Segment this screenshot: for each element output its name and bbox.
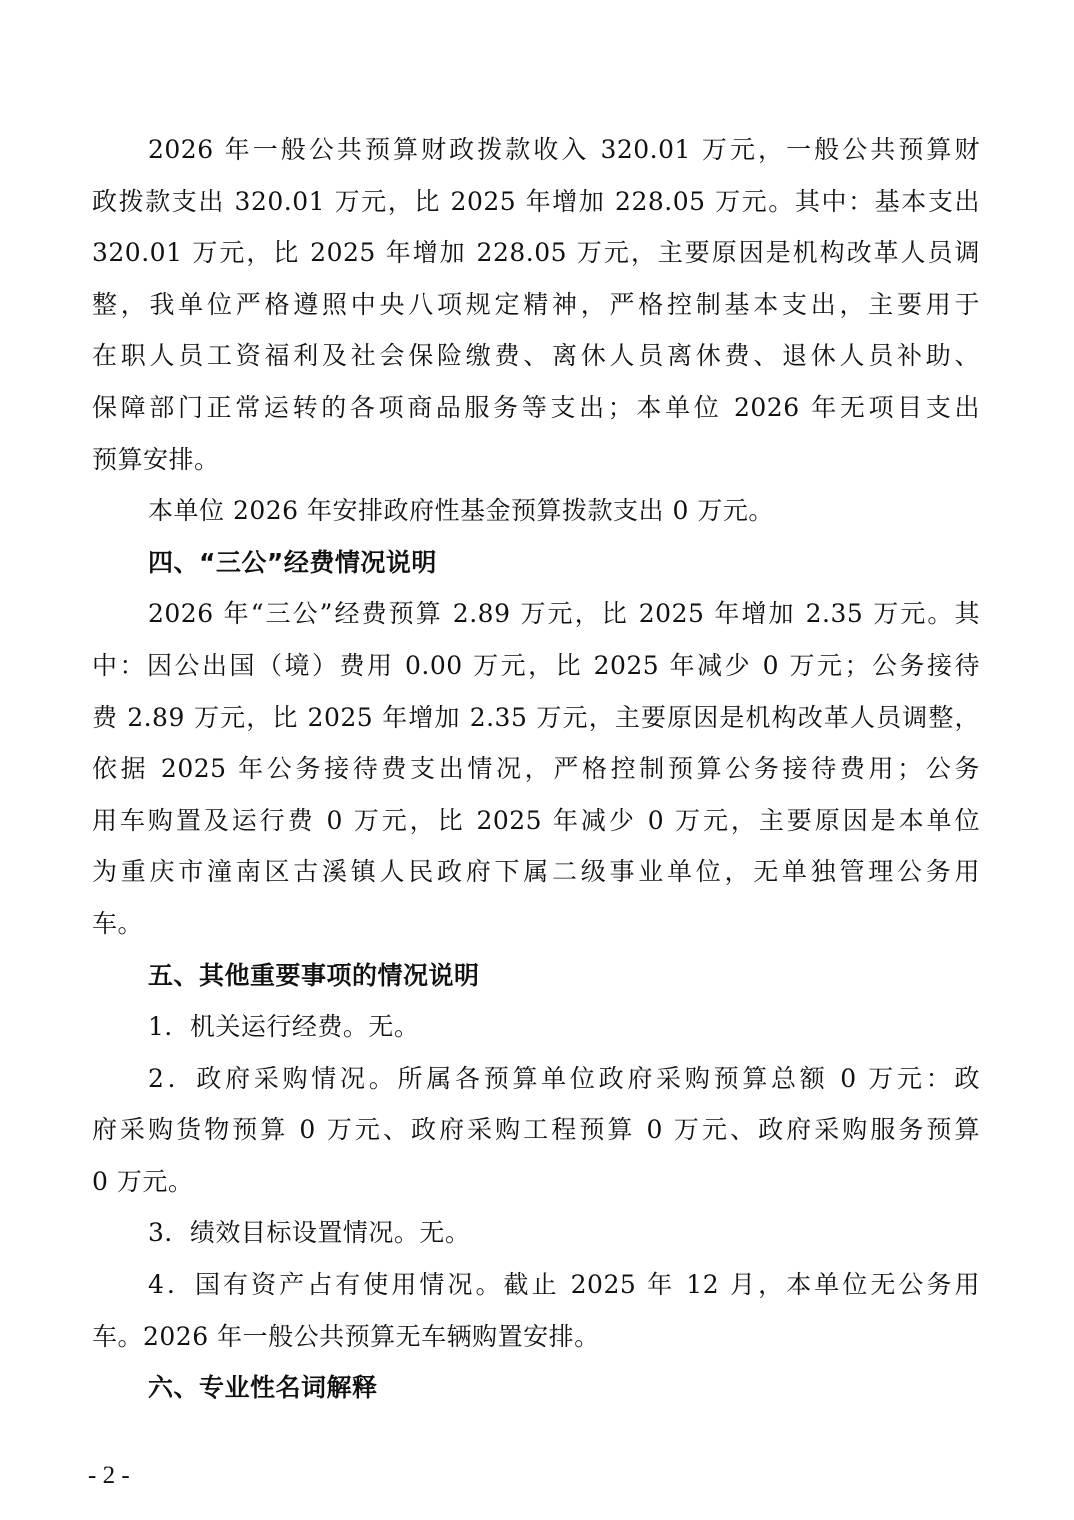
text-line: 中：因公出国（境）费用 0.00 万元，比 2025 年减少 0 万元；公务接待 xyxy=(92,640,980,692)
text-line: 车。2026 年一般公共预算无车辆购置安排。 xyxy=(92,1311,980,1363)
text-line: 预算安排。 xyxy=(92,434,980,486)
text-line: 用车购置及运行费 0 万元，比 2025 年减少 0 万元，主要原因是本单位 xyxy=(92,795,980,847)
paragraph-budget-summary: 2026 年一般公共预算财政拨款收入 320.01 万元，一般公共预算财 政拨款… xyxy=(92,124,980,485)
text-line: 府采购货物预算 0 万元、政府采购工程预算 0 万元、政府采购服务预算 xyxy=(92,1104,980,1156)
text-line: 车。 xyxy=(92,898,980,950)
page-number: - 2 - xyxy=(88,1462,130,1490)
text-line: 0 万元。 xyxy=(92,1156,980,1208)
item-government-procurement: 2．政府采购情况。所属各预算单位政府采购预算总额 0 万元：政 府采购货物预算 … xyxy=(92,1053,980,1208)
text-line: 保障部门正常运转的各项商品服务等支出；本单位 2026 年无项目支出 xyxy=(92,382,980,434)
text-line: 2026 年“三公”经费预算 2.89 万元，比 2025 年增加 2.35 万… xyxy=(92,588,980,640)
document-page: 2026 年一般公共预算财政拨款收入 320.01 万元，一般公共预算财 政拨款… xyxy=(92,124,980,1414)
text-line: 政拨款支出 320.01 万元，比 2025 年增加 228.05 万元。其中：… xyxy=(92,176,980,228)
section-heading-three-public-expenses: 四、“三公”经费情况说明 xyxy=(92,537,980,589)
item-operating-expenses: 1．机关运行经费。无。 xyxy=(92,1001,980,1053)
text-line: 320.01 万元，比 2025 年增加 228.05 万元，主要原因是机构改革… xyxy=(92,227,980,279)
text-line: 本单位 2026 年安排政府性基金预算拨款支出 0 万元。 xyxy=(92,485,980,537)
text-line: 2．政府采购情况。所属各预算单位政府采购预算总额 0 万元：政 xyxy=(92,1053,980,1105)
section-heading-other-matters: 五、其他重要事项的情况说明 xyxy=(92,950,980,1002)
text-line: 费 2.89 万元，比 2025 年增加 2.35 万元，主要原因是机构改革人员… xyxy=(92,692,980,744)
item-performance-targets: 3．绩效目标设置情况。无。 xyxy=(92,1207,980,1259)
text-line: 整，我单位严格遵照中央八项规定精神，严格控制基本支出，主要用于 xyxy=(92,279,980,331)
text-line: 在职人员工资福利及社会保险缴费、离休人员离休费、退休人员补助、 xyxy=(92,330,980,382)
section-heading-terminology: 六、专业性名词解释 xyxy=(92,1362,980,1414)
item-state-assets: 4．国有资产占有使用情况。截止 2025 年 12 月，本单位无公务用 车。20… xyxy=(92,1259,980,1362)
text-line: 依据 2025 年公务接待费支出情况，严格控制预算公务接待费用；公务 xyxy=(92,743,980,795)
paragraph-government-fund: 本单位 2026 年安排政府性基金预算拨款支出 0 万元。 xyxy=(92,485,980,537)
text-line: 2026 年一般公共预算财政拨款收入 320.01 万元，一般公共预算财 xyxy=(92,124,980,176)
text-line: 4．国有资产占有使用情况。截止 2025 年 12 月，本单位无公务用 xyxy=(92,1259,980,1311)
text-line: 为重庆市潼南区古溪镇人民政府下属二级事业单位，无单独管理公务用 xyxy=(92,846,980,898)
paragraph-three-public-expenses: 2026 年“三公”经费预算 2.89 万元，比 2025 年增加 2.35 万… xyxy=(92,588,980,949)
